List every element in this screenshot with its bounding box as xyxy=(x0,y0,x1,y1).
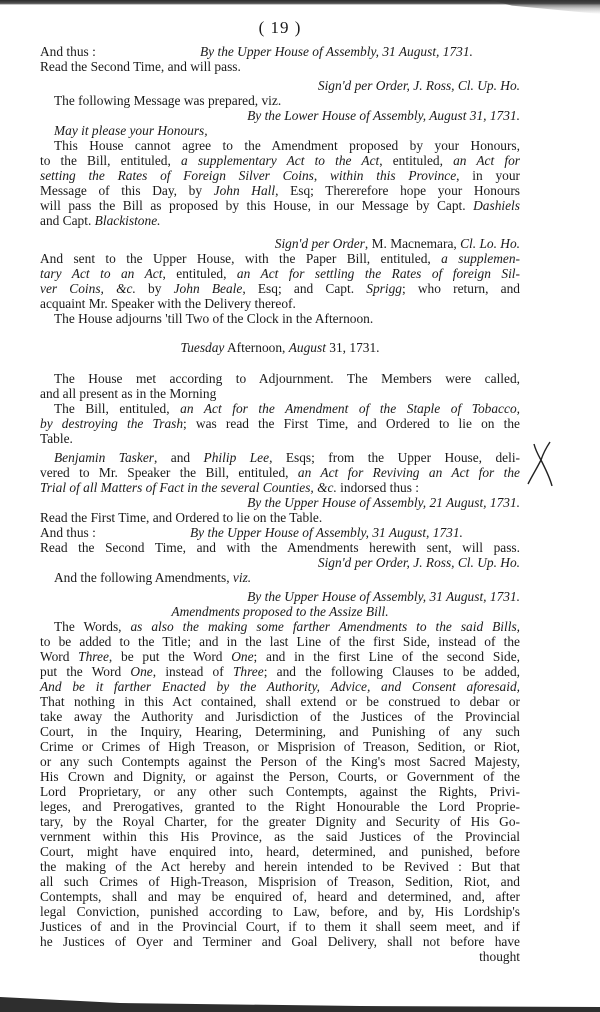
text-line: Court, might have enquired into, heard, … xyxy=(40,844,520,859)
line-lead: And thus : xyxy=(40,525,96,540)
text-line: Table. xyxy=(40,431,520,446)
bill-title: tary Act to an Act xyxy=(40,266,162,281)
endorsement: By the Lower House of Assembly, August 3… xyxy=(40,108,520,123)
heading-month: August xyxy=(289,340,326,355)
heading-text: Afternoon, xyxy=(224,340,288,355)
text-span: and Capt. xyxy=(40,213,95,228)
text-span: , Esqs; from the Upper House, deli- xyxy=(269,450,520,465)
text-span: will pass the Bill as proposed by this H… xyxy=(40,198,473,213)
document-page: ( 19 ) And thus : By the Upper House of … xyxy=(40,18,520,964)
person-name: Philip Lee xyxy=(204,450,270,465)
text-span: viz. xyxy=(233,570,251,585)
text-line: the making of the Act hereby and herein … xyxy=(40,859,520,874)
text-line: to the Bill, entituled, a supplementary … xyxy=(40,153,520,168)
text-line: he Justices of Oyer and Terminer and Goa… xyxy=(40,934,520,949)
text-line: Crime or Crimes of High Treason, or Misp… xyxy=(40,739,520,754)
text-line: leges, and Prerogatives, granted to the … xyxy=(40,799,520,814)
text-line: will pass the Bill as proposed by this H… xyxy=(40,198,520,213)
person-name: Blackistone. xyxy=(95,213,161,228)
text-line: Word Three, be put the Word One; and in … xyxy=(40,649,520,664)
text-line: That nothing in this Act contained, shal… xyxy=(40,694,520,709)
text-span: , Esq; and Capt. xyxy=(242,281,366,296)
bill-title: ver Coins, &c. xyxy=(40,281,136,296)
quoted-words: as also the making some farther Amendmen… xyxy=(130,619,520,634)
text-line: legal Conviction, punished according to … xyxy=(40,904,520,919)
quoted-words: One xyxy=(231,649,253,664)
clerk-name: , M. Macnemara, xyxy=(365,236,460,251)
heading-date: 31, 1731. xyxy=(326,340,380,355)
text-span: The Bill, entituled, xyxy=(54,401,180,416)
text-line: setting the Rates of Foreign Silver Coin… xyxy=(40,168,520,183)
endorsement: By the Upper House of Assembly, 31 Augus… xyxy=(40,589,520,604)
text-line: by destroying the Trash; was read the Fi… xyxy=(40,416,520,431)
text-line: ver Coins, &c. by John Beale, Esq; and C… xyxy=(40,281,520,296)
text-line: all such Crimes of High-Treason, Mispris… xyxy=(40,874,520,889)
text-span: to the Bill, entituled, xyxy=(40,153,181,168)
text-line: tary, by the Royal Charter, for the grea… xyxy=(40,814,520,829)
endorsement: By the Upper House of Assembly, 31 Augus… xyxy=(190,525,463,540)
bill-title: a supplementary Act to the Act xyxy=(181,153,379,168)
text-line: The Words, as also the making some farth… xyxy=(40,619,520,634)
text-span: , be put the Word xyxy=(109,649,231,664)
text-span: Sign'd per Order xyxy=(275,236,365,251)
text-line: to be added to the Title; and in the las… xyxy=(40,634,520,649)
page-number: ( 19 ) xyxy=(40,18,520,40)
text-line: The House met according to Adjournment. … xyxy=(40,371,520,386)
person-name: Dashiels xyxy=(473,198,520,213)
signature-line: Sign'd per Order, J. Ross, Cl. Up. Ho. xyxy=(40,78,520,93)
text-span: Message of this Day, by xyxy=(40,183,214,198)
bill-title: by destroying the Trash xyxy=(40,416,183,431)
signature-line: Sign'd per Order, J. Ross, Cl. Up. Ho. xyxy=(40,555,520,570)
bill-title: an Act for xyxy=(453,153,520,168)
bill-title: a supplemen- xyxy=(441,251,520,266)
text-span: , and xyxy=(154,450,204,465)
text-line: And thus : By the Upper House of Assembl… xyxy=(40,525,520,540)
bill-title: an Act for the Amendment of the Staple o… xyxy=(180,401,520,416)
text-line: Message of this Day, by John Hall, Esq; … xyxy=(40,183,520,198)
text-span: And sent to the Upper House, with the Pa… xyxy=(40,251,441,266)
text-line: Trial of all Matters of Fact in the seve… xyxy=(40,480,520,495)
amendments-heading: Amendments proposed to the Assize Bill. xyxy=(40,604,520,619)
person-name: Sprigg xyxy=(366,281,402,296)
text-line: And thus : By the Upper House of Assembl… xyxy=(40,44,520,59)
bill-title: setting the Rates of Foreign Silver Coin… xyxy=(40,168,314,183)
text-span: indorsed thus : xyxy=(337,480,419,495)
text-line: The following Message was prepared, viz. xyxy=(40,93,520,108)
text-span: by xyxy=(136,281,174,296)
text-line: Justices of and in the Provincial Court,… xyxy=(40,919,520,934)
person-name: Benjamin Tasker xyxy=(54,450,154,465)
text-line: Contempts, shall and may be enquired of,… xyxy=(40,889,520,904)
text-span: vered to Mr. Speaker the Bill, entituled… xyxy=(40,465,298,480)
heading-day: Tuesday xyxy=(180,340,224,355)
text-line: Lord Proprietary, or any other such Cont… xyxy=(40,784,520,799)
bill-title: an Act for settling the Rates of foreign… xyxy=(237,266,520,281)
text-line: And sent to the Upper House, with the Pa… xyxy=(40,251,520,266)
text-line: put the Word One, instead of Three; and … xyxy=(40,664,520,679)
text-span: ; and the following Clauses to be added, xyxy=(264,664,520,679)
catchword: thought xyxy=(40,949,520,964)
text-line: Read the Second Time, and will pass. xyxy=(40,59,520,74)
text-line: His Crown and Dignity, or against the Pe… xyxy=(40,769,520,784)
text-span: , in your xyxy=(456,168,520,183)
text-span: , xyxy=(314,168,330,183)
text-span: The Words, xyxy=(54,619,130,634)
text-span: Cl. Lo. Ho. xyxy=(460,236,520,251)
text-line: The House adjourns 'till Two of the Cloc… xyxy=(40,311,520,326)
text-span: , Esq; Thererefore hope your Honours xyxy=(275,183,520,198)
signature-line: Sign'd per Order, M. Macnemara, Cl. Lo. … xyxy=(40,236,520,251)
text-span: ; who return, and xyxy=(402,281,520,296)
quoted-words: Three xyxy=(78,649,109,664)
section-heading: Tuesday Afternoon, August 31, 1731. xyxy=(40,340,520,357)
text-span: , entituled, xyxy=(162,266,236,281)
scan-edge-top-right xyxy=(490,0,600,14)
scan-edge-bottom xyxy=(0,992,600,1012)
text-line: tary Act to an Act, entituled, an Act fo… xyxy=(40,266,520,281)
endorsement: By the Upper House of Assembly, 21 Augus… xyxy=(40,495,520,510)
person-name: John Beale xyxy=(174,281,243,296)
text-line: Court, in the Inquiry, Hearing, Determin… xyxy=(40,724,520,739)
text-span: Word xyxy=(40,649,78,664)
text-line: vernment within this His Province, as th… xyxy=(40,829,520,844)
line-lead: And thus : xyxy=(40,44,96,59)
text-span: put the Word xyxy=(40,664,130,679)
handwritten-x-mark-icon xyxy=(524,440,564,488)
text-span: , instead of xyxy=(153,664,233,679)
person-name: John Hall xyxy=(214,183,275,198)
bill-title: within this Province xyxy=(330,168,456,183)
text-line: Read the Second Time, and with the Amend… xyxy=(40,540,520,555)
endorsement: By the Upper House of Assembly, 31 Augus… xyxy=(200,44,473,59)
text-span: And the following Amendments, xyxy=(54,570,233,585)
bill-title: an Act for Reviving an Act for the xyxy=(298,465,520,480)
text-line: take away the Authority and Jurisdiction… xyxy=(40,709,520,724)
text-line: This House cannot agree to the Amendment… xyxy=(40,138,520,153)
text-line: and Capt. Blackistone. xyxy=(40,213,520,228)
text-line: Benjamin Tasker, and Philip Lee, Esqs; f… xyxy=(40,450,520,465)
quoted-words: One xyxy=(130,664,152,679)
text-line: The Bill, entituled, an Act for the Amen… xyxy=(40,401,520,416)
bill-title: Trial of all Matters of Fact in the seve… xyxy=(40,480,337,495)
quoted-words: Three xyxy=(233,664,264,679)
text-span: , entituled, xyxy=(379,153,453,168)
text-span: ; and in the first Line of the second Si… xyxy=(254,649,520,664)
text-line: vered to Mr. Speaker the Bill, entituled… xyxy=(40,465,520,480)
salutation: May it please your Honours, xyxy=(40,123,520,138)
text-line: or any such Contempts against the Person… xyxy=(40,754,520,769)
text-line: and all present as in the Morning xyxy=(40,386,520,401)
text-line: Read the First Time, and Ordered to lie … xyxy=(40,510,520,525)
text-line: And the following Amendments, viz. xyxy=(40,570,520,585)
enacting-clause: And be it farther Enacted by the Authori… xyxy=(40,679,520,694)
text-span: ; was read the First Time, and Ordered t… xyxy=(183,416,520,431)
text-line: acquaint Mr. Speaker with the Delivery t… xyxy=(40,296,520,311)
